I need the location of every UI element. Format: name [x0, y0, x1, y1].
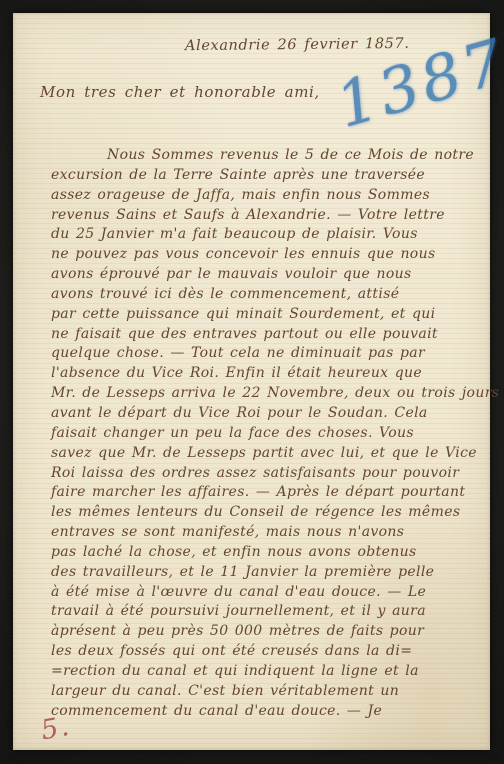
letter-line: à été mise à l'œuvre du canal d'eau douc… [51, 583, 479, 603]
letter-line: =rection du canal et qui indiquent la li… [51, 662, 479, 682]
letter-salutation: Mon tres cher et honorable ami, [40, 83, 320, 101]
letter-line: avons trouvé ici dès le commencement, at… [51, 285, 479, 305]
letter-line: les deux fossés qui ont été creusés dans… [51, 642, 479, 662]
letter-line: ne pouvez pas vous concevoir les ennuis … [51, 245, 479, 265]
letter-line: avons éprouvé par le mauvais vouloir que… [51, 265, 479, 285]
letter-line: des travailleurs, et le 11 Janvier la pr… [51, 563, 479, 583]
letter-line: Mr. de Lesseps arriva le 22 Novembre, de… [51, 384, 479, 404]
letter-line: excursion de la Terre Sainte après une t… [51, 166, 479, 186]
red-archival-mark: 5. [39, 711, 74, 747]
letter-line: par cette puissance qui minait Sourdemen… [51, 305, 479, 325]
letter-line: du 25 Janvier m'a fait beaucoup de plais… [51, 225, 479, 245]
letter-line: faisait changer un peu la face des chose… [51, 424, 479, 444]
letter-line: l'absence du Vice Roi. Enfin il était he… [51, 364, 479, 384]
letter-line: Roi laissa des ordres assez satisfaisant… [51, 464, 479, 484]
letter-line: Nous Sommes revenus le 5 de ce Mois de n… [51, 146, 479, 166]
letter-line: les mêmes lenteurs du Conseil de régence… [51, 503, 479, 523]
letter-line: quelque chose. — Tout cela ne diminuait … [51, 344, 479, 364]
letter-dateline: Alexandrie 26 fevrier 1857. [185, 36, 410, 54]
letter-line: largeur du canal. C'est bien véritableme… [51, 682, 479, 702]
letter-line: avant le départ du Vice Roi pour le Soud… [51, 404, 479, 424]
letter-line: entraves se sont manifesté, mais nous n'… [51, 523, 479, 543]
letter-line: travail à été poursuivi journellement, e… [51, 602, 479, 622]
letter-paper: Alexandrie 26 fevrier 1857. 1387 Mon tre… [13, 13, 490, 750]
letter-line: ne faisait que des entraves partout ou e… [51, 325, 479, 345]
photo-frame: Alexandrie 26 fevrier 1857. 1387 Mon tre… [0, 0, 504, 764]
letter-line: assez orageuse de Jaffa, mais enfin nous… [51, 186, 479, 206]
letter-line: savez que Mr. de Lesseps partit avec lui… [51, 444, 479, 464]
letter-line: commencement du canal d'eau douce. — Je [51, 702, 479, 722]
letter-body: Nous Sommes revenus le 5 de ce Mois de n… [51, 146, 479, 721]
letter-line: faire marcher les affaires. — Après le d… [51, 483, 479, 503]
letter-line: àprésent à peu près 50 000 mètres de fai… [51, 622, 479, 642]
letter-line: pas laché la chose, et enfin nous avons … [51, 543, 479, 563]
letter-line: revenus Sains et Saufs à Alexandrie. — V… [51, 206, 479, 226]
